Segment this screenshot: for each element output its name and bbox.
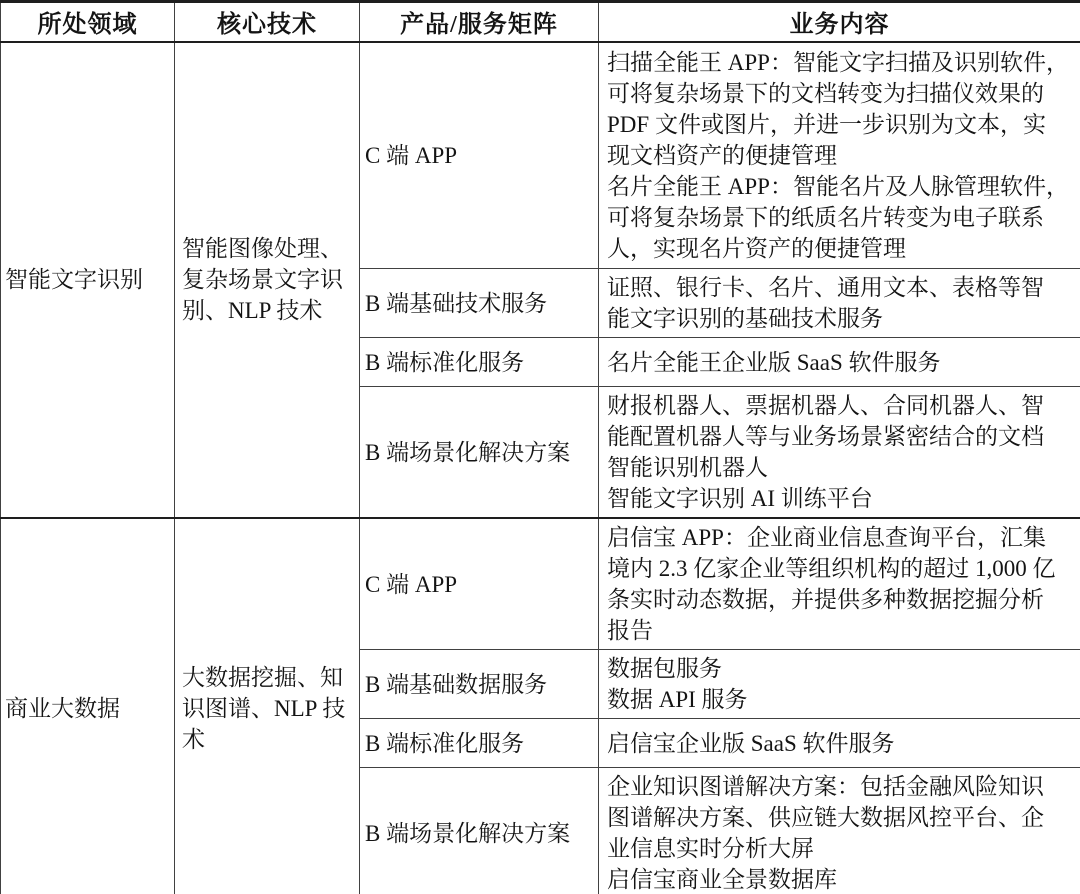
section1-content-b-scenario: 财报机器人、票据机器人、合同机器人、智 能配置机器人等与业务场景紧密结合的文档 …	[599, 387, 1080, 519]
table-row: 商业大数据 大数据挖掘、知 识图谱、NLP 技 术 C 端 APP 启信宝 AP…	[1, 518, 1080, 650]
business-matrix-table: 所处领域 核心技术 产品/服务矩阵 业务内容 智能文字识别 智能图像处理、 复杂…	[0, 0, 1080, 894]
section2-core-tech-cell: 大数据挖掘、知 识图谱、NLP 技 术	[175, 518, 360, 894]
section2-matrix-c-app: C 端 APP	[360, 518, 599, 650]
section2-content-b-scenario: 企业知识图谱解决方案：包括金融风险知识 图谱解决方案、供应链大数据风控平台、企 …	[599, 768, 1080, 894]
section2-matrix-b-basic-data: B 端基础数据服务	[360, 650, 599, 719]
column-header-product-service-matrix: 产品/服务矩阵	[360, 2, 599, 42]
section1-content-b-basic-tech: 证照、银行卡、名片、通用文本、表格等智 能文字识别的基础技术服务	[599, 269, 1080, 338]
section1-domain-cell: 智能文字识别	[1, 42, 175, 519]
section1-matrix-c-app: C 端 APP	[360, 42, 599, 269]
section1-core-tech-cell: 智能图像处理、 复杂场景文字识 别、NLP 技术	[175, 42, 360, 519]
section1-matrix-b-standard: B 端标准化服务	[360, 338, 599, 387]
section1-content-b-standard: 名片全能王企业版 SaaS 软件服务	[599, 338, 1080, 387]
section1-matrix-b-scenario: B 端场景化解决方案	[360, 387, 599, 519]
section2-matrix-b-standard: B 端标准化服务	[360, 719, 599, 768]
section2-domain-cell: 商业大数据	[1, 518, 175, 894]
table-row: 智能文字识别 智能图像处理、 复杂场景文字识 别、NLP 技术 C 端 APP …	[1, 42, 1080, 269]
column-header-domain: 所处领域	[1, 2, 175, 42]
section1-content-c-app: 扫描全能王 APP：智能文字扫描及识别软件， 可将复杂场景下的文档转变为扫描仪效…	[599, 42, 1080, 269]
section2-content-b-basic-data: 数据包服务 数据 API 服务	[599, 650, 1080, 719]
section2-content-b-standard: 启信宝企业版 SaaS 软件服务	[599, 719, 1080, 768]
section2-content-c-app: 启信宝 APP：企业商业信息查询平台，汇集 境内 2.3 亿家企业等组织机构的超…	[599, 518, 1080, 650]
column-header-core-tech: 核心技术	[175, 2, 360, 42]
column-header-business-content: 业务内容	[599, 2, 1080, 42]
section2-matrix-b-scenario: B 端场景化解决方案	[360, 768, 599, 894]
header-row: 所处领域 核心技术 产品/服务矩阵 业务内容	[1, 2, 1080, 42]
document-page: 所处领域 核心技术 产品/服务矩阵 业务内容 智能文字识别 智能图像处理、 复杂…	[0, 0, 1080, 894]
section1-matrix-b-basic-tech: B 端基础技术服务	[360, 269, 599, 338]
